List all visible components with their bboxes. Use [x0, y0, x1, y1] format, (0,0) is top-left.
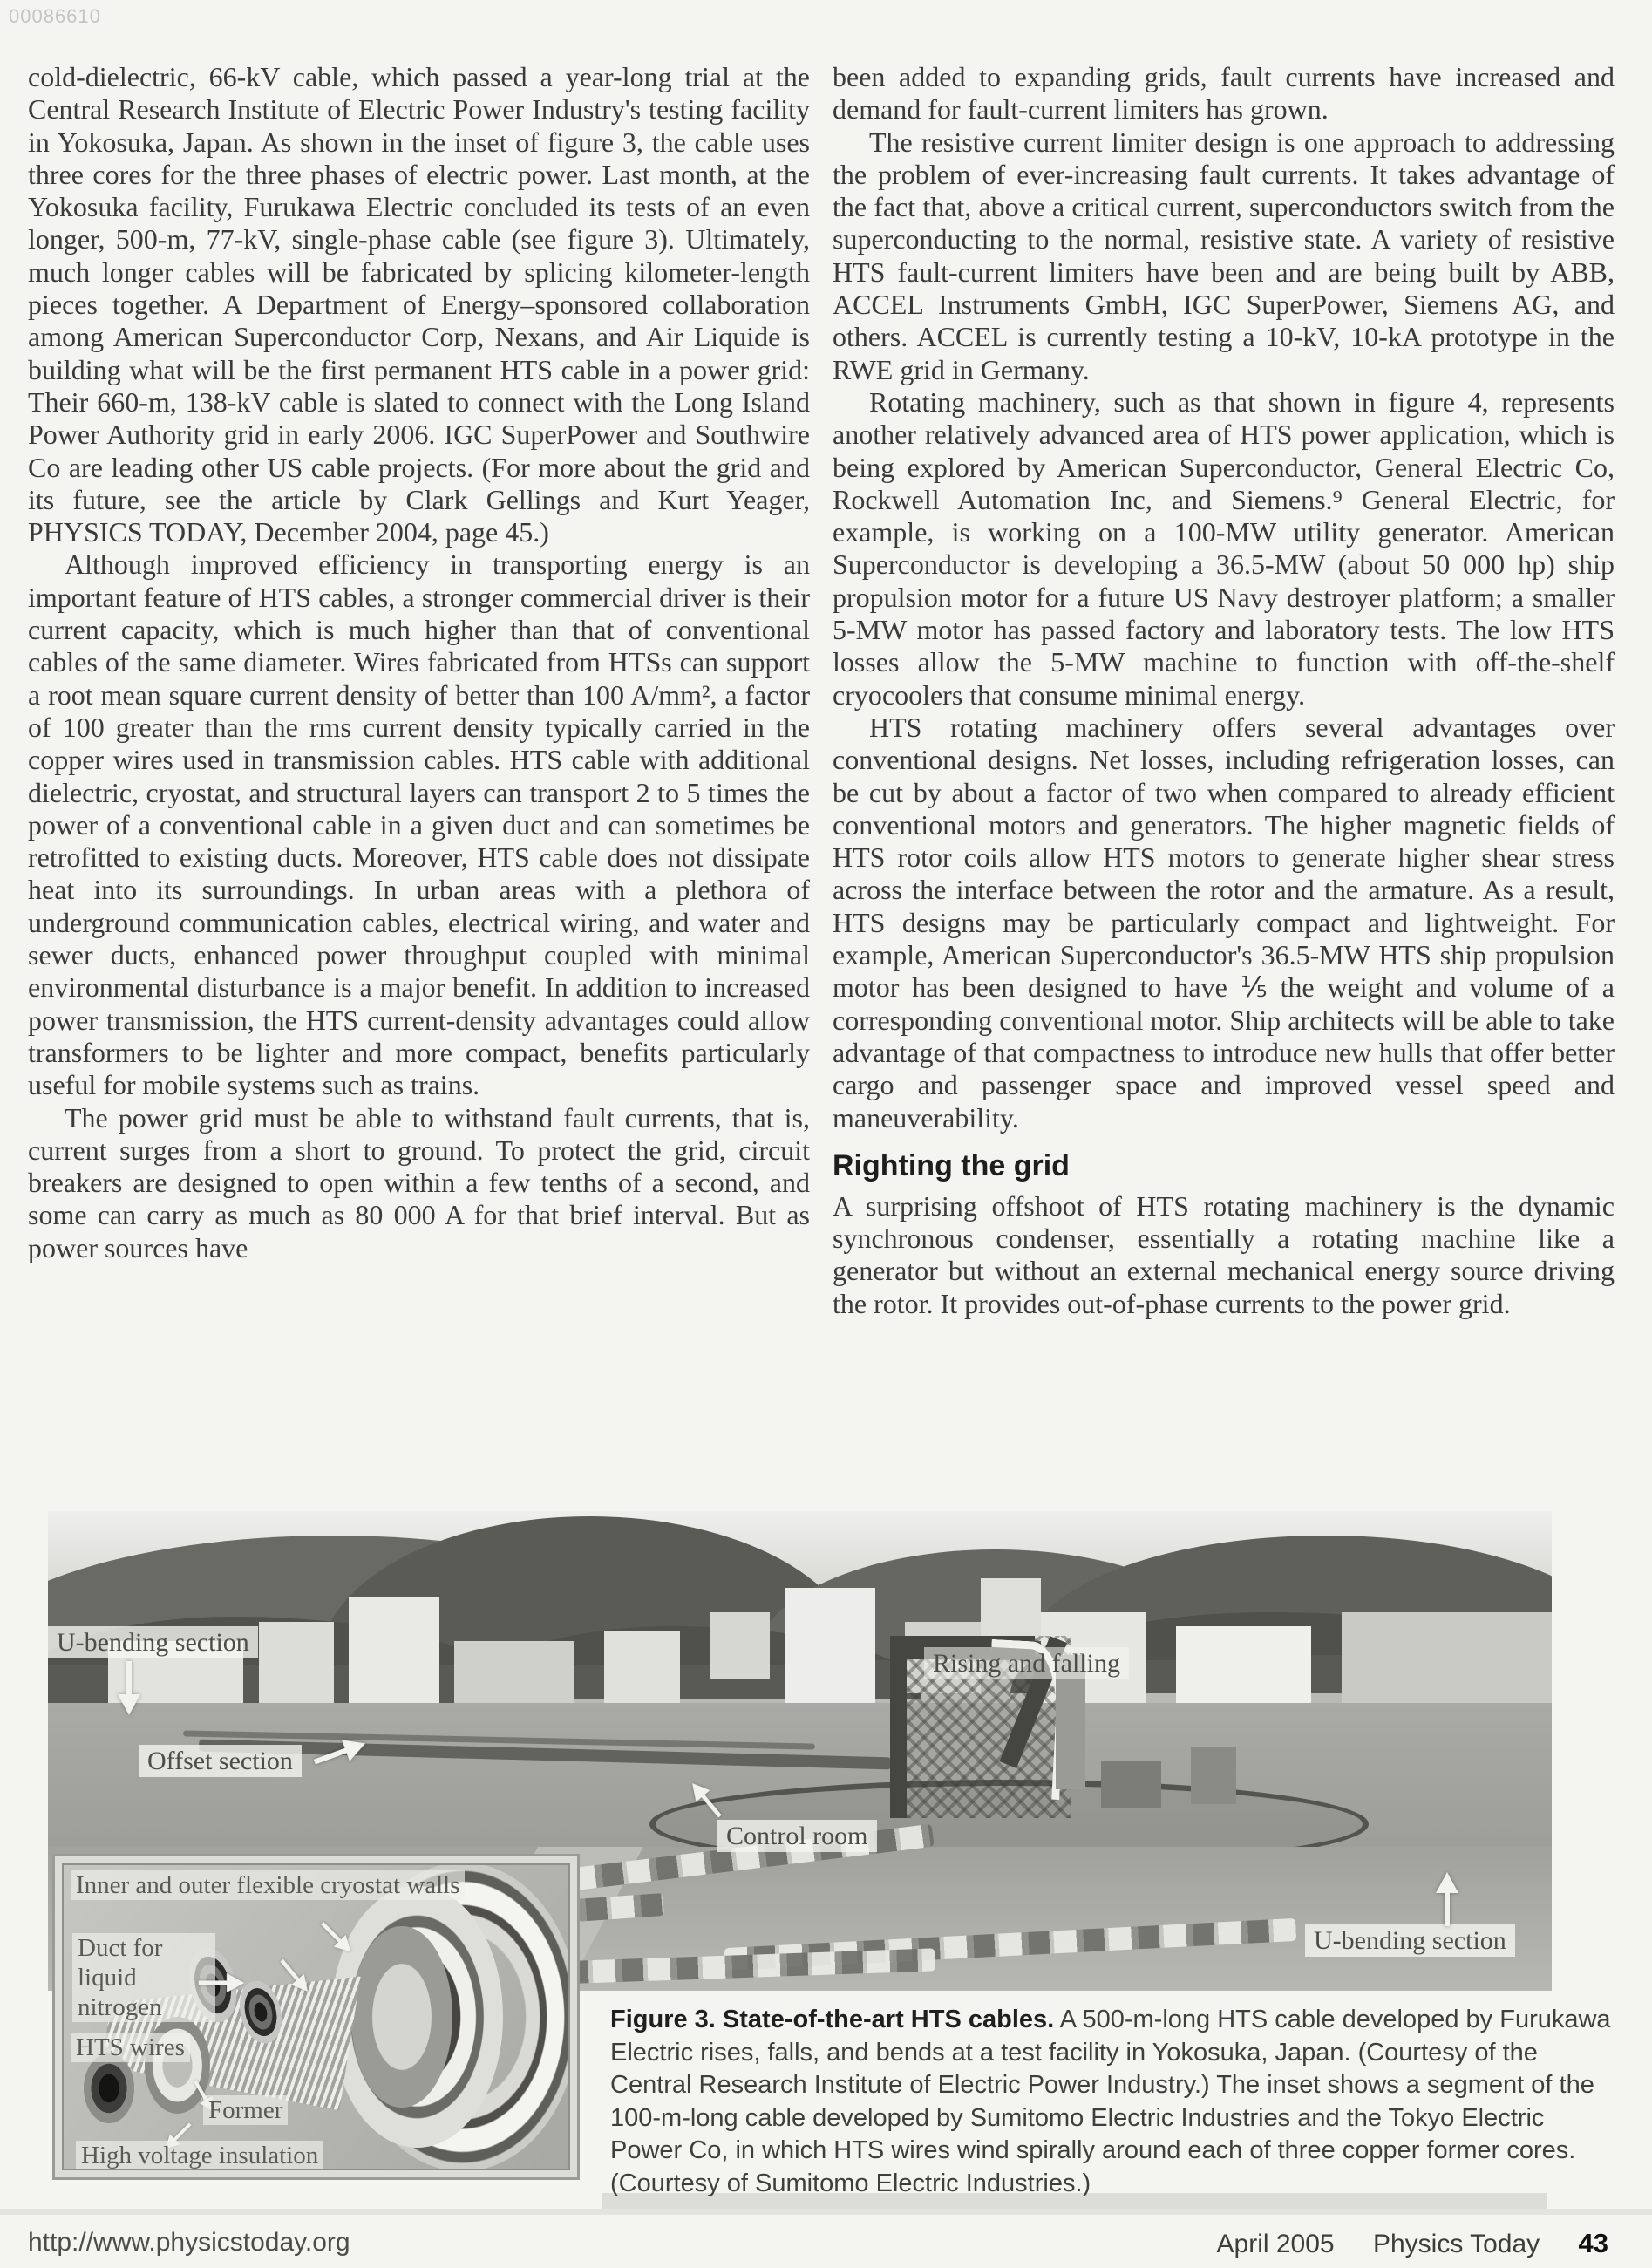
caption-body: A 500-m-long HTS cable developed by Furu…	[610, 2006, 1611, 2197]
label-liquid-nitrogen-duct: Duct for liquid nitrogen	[72, 1933, 215, 2022]
photo-building	[710, 1612, 770, 1679]
photo-building	[604, 1631, 679, 1713]
caption-title: Figure 3. State-of-the-art HTS cables.	[610, 2006, 1054, 2033]
photo-building	[981, 1578, 1041, 1641]
footer-page-number: 43	[1579, 2228, 1608, 2258]
label-offset-section: Offset section	[139, 1745, 302, 1777]
left-column: cold-dielectric, 66-kV cable, which pass…	[28, 61, 810, 1456]
arrow-down-icon	[118, 1661, 140, 1715]
footer-right: April 2005 Physics Today 43	[1217, 2228, 1608, 2259]
paragraph: cold-dielectric, 66-kV cable, which pass…	[28, 61, 810, 548]
magazine-page: 00086610 cold-dielectric, 66-kV cable, w…	[0, 0, 1652, 2268]
paragraph: Although improved efficiency in transpor…	[28, 548, 810, 1101]
label-rising-and-falling: Rising and falling	[924, 1647, 1129, 1679]
label-high-voltage-insulation: High voltage insulation	[76, 2141, 323, 2169]
paragraph: Rotating machinery, such as that shown i…	[833, 386, 1615, 712]
yard-equipment	[1101, 1761, 1161, 1808]
figure3-inset: Inner and outer flexible cryostat walls …	[52, 1854, 580, 2180]
footer-journal: Physics Today	[1373, 2230, 1540, 2258]
scan-id: 00086610	[9, 5, 101, 28]
footer-issue: April 2005	[1217, 2230, 1335, 2258]
label-control-room: Control room	[717, 1820, 877, 1852]
scan-gray-line	[0, 2209, 1652, 2215]
arrow-up-icon	[1436, 1872, 1458, 1926]
label-cryostat-walls: Inner and outer flexible cryostat walls	[71, 1870, 465, 1900]
cable-cross-section-image: Inner and outer flexible cryostat walls …	[64, 1865, 568, 2169]
paragraph: The power grid must be able to withstand…	[28, 1102, 810, 1264]
photo-building	[785, 1588, 875, 1713]
paragraph: HTS rotating machinery offers several ad…	[833, 712, 1615, 1134]
label-u-bending-section-bottom: U-bending section	[1305, 1924, 1515, 1957]
photo-building	[349, 1597, 439, 1713]
right-column: been added to expanding grids, fault cur…	[833, 61, 1615, 1456]
right-column-body: been added to expanding grids, fault cur…	[833, 61, 1615, 1134]
label-former: Former	[203, 2095, 288, 2125]
former-end-cap	[84, 2053, 134, 2123]
photo-building	[454, 1641, 574, 1708]
section-heading: Righting the grid	[833, 1148, 1615, 1183]
section-body: A surprising offshoot of HTS rotating ma…	[833, 1190, 1615, 1320]
yard-equipment	[1191, 1747, 1236, 1804]
label-u-bending-section-top: U-bending section	[48, 1626, 258, 1658]
paragraph: A surprising offshoot of HTS rotating ma…	[833, 1190, 1615, 1320]
photo-building	[259, 1622, 334, 1708]
nitrogen-duct-face	[351, 1926, 452, 2108]
paragraph: The resistive current limiter design is …	[833, 126, 1615, 386]
footer-url: http://www.physicstoday.org	[28, 2228, 350, 2258]
article-columns: cold-dielectric, 66-kV cable, which pass…	[28, 61, 1615, 1456]
arrow-right-icon	[199, 1973, 245, 1992]
label-hts-wires: HTS wires	[71, 2033, 190, 2062]
paragraph: been added to expanding grids, fault cur…	[833, 61, 1615, 126]
figure3-caption: Figure 3. State-of-the-art HTS cables. A…	[610, 2004, 1613, 2201]
